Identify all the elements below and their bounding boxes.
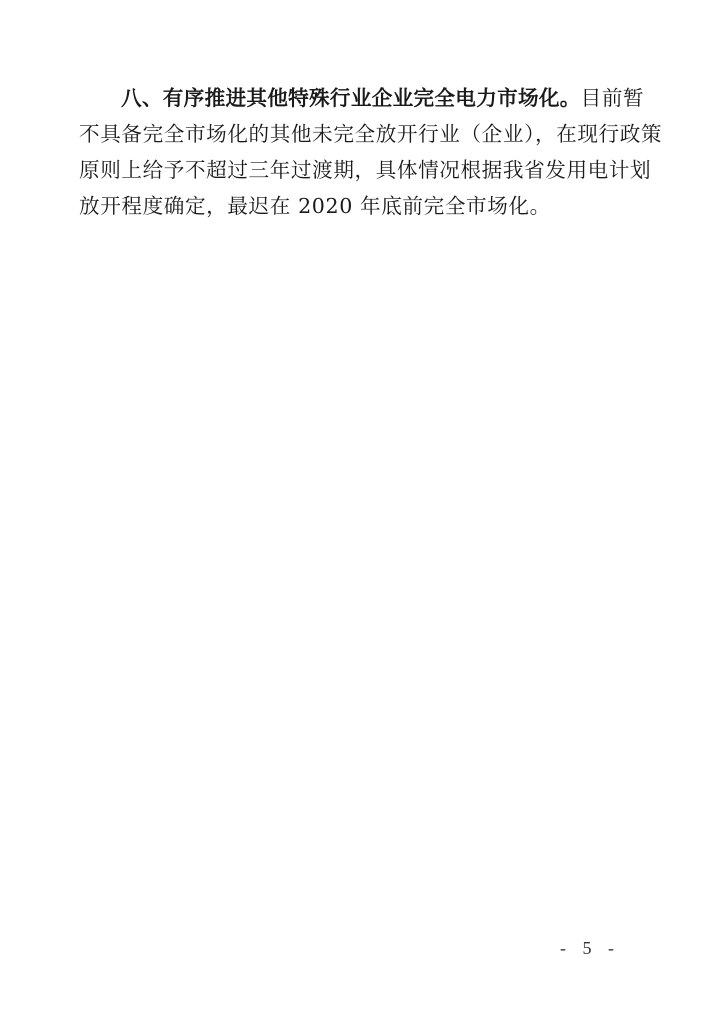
- paragraph-line-3: 原则上给予不超过三年过渡期，具体情况根据我省发用电计划: [79, 152, 611, 188]
- section-heading: 八、有序推进其他特殊行业企业完全电力市场化。: [121, 86, 581, 110]
- paragraph-line-4: 放开程度确定，最迟在 2020 年底前完全市场化。: [79, 188, 611, 224]
- section-8-paragraph: 八、有序推进其他特殊行业企业完全电力市场化。目前暂 不具备完全市场化的其他未完全…: [79, 80, 611, 224]
- paragraph-text: 目前暂: [581, 86, 645, 110]
- paragraph-line-2: 不具备完全市场化的其他未完全放开行业（企业），在现行政策: [79, 116, 611, 152]
- page-number: - 5 -: [560, 938, 620, 959]
- document-page: 八、有序推进其他特殊行业企业完全电力市场化。目前暂 不具备完全市场化的其他未完全…: [0, 0, 720, 1020]
- paragraph-line-1: 八、有序推进其他特殊行业企业完全电力市场化。目前暂: [79, 80, 611, 116]
